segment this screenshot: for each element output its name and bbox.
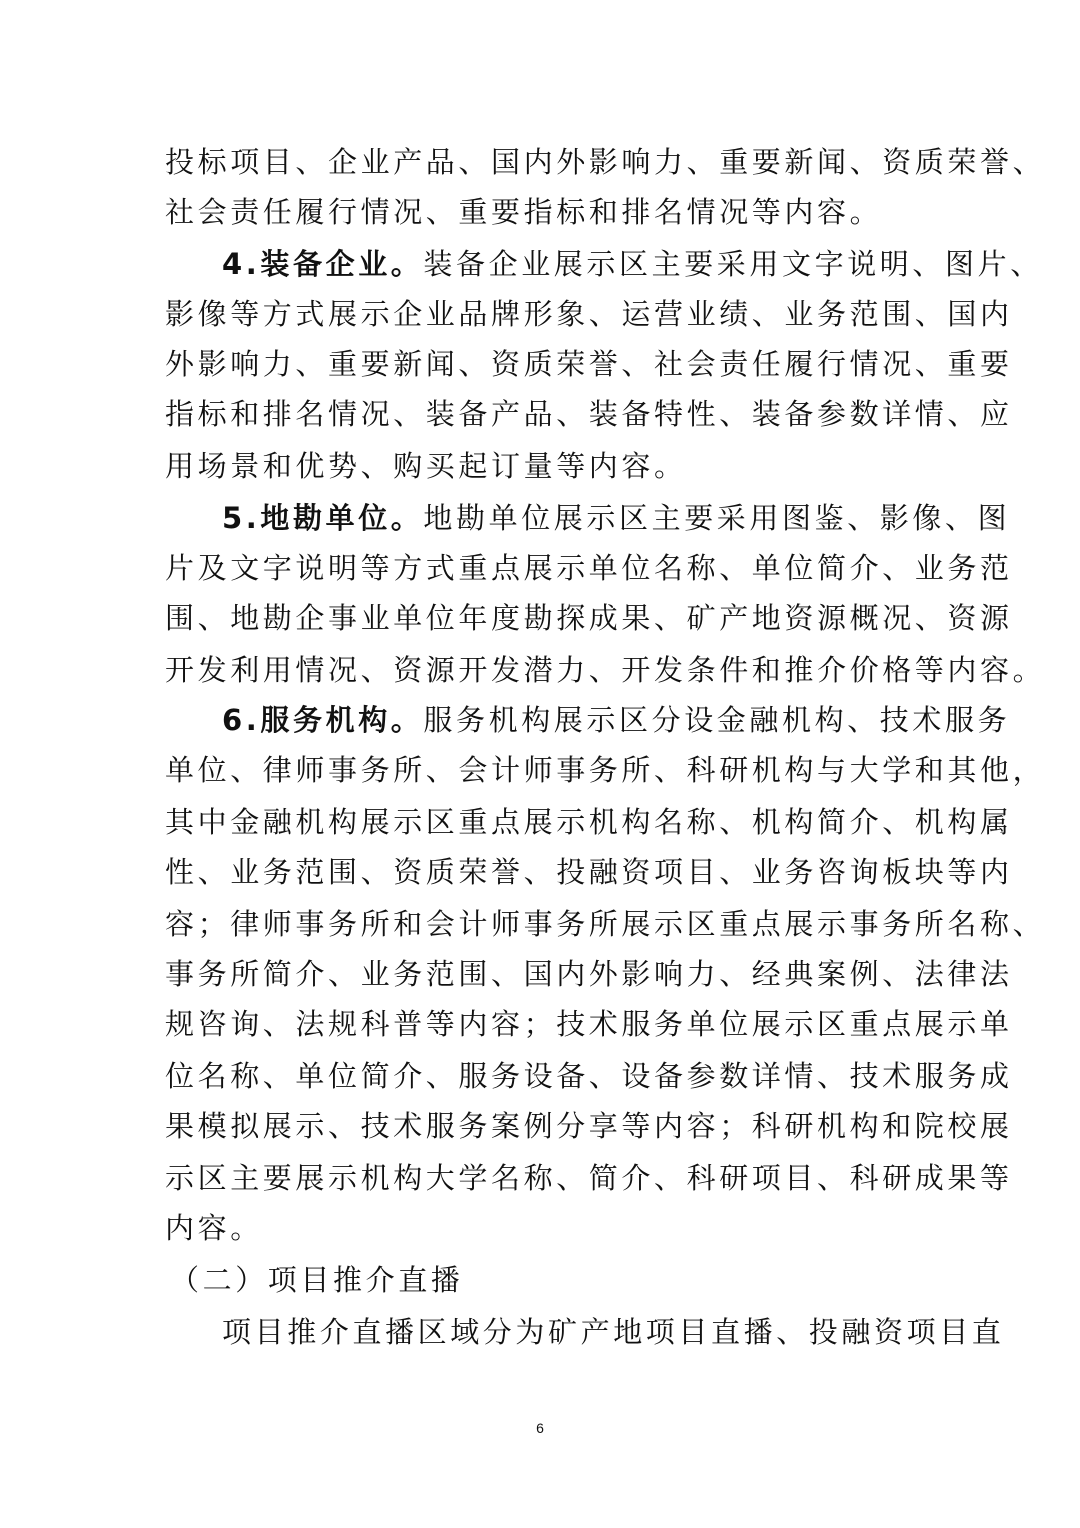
document-page: 投标项目、企业产品、国内外影响力、重要新闻、资质荣誉、 社会责任履行情况、重要指… [0,0,1080,1528]
line-text: 位名称、单位简介、服务设备、设备参数详情、技术服务成 [165,1059,1013,1093]
line-text: 规咨询、法规科普等内容；技术服务单位展示区重点展示单 [165,1007,1013,1041]
subsection-heading: （二）项目推介直播 [170,1260,930,1300]
paragraph-line: 投标项目、企业产品、国内外影响力、重要新闻、资质荣誉、 [165,142,925,182]
section-heading: 4.装备企业。 [222,247,423,281]
line-text: 项目推介直播区域分为矿产地项目直播、投融资项目直 [222,1315,1004,1349]
line-text: 其中金融机构展示区重点展示机构名称、机构简介、机构属 [165,805,1013,839]
line-text: 投标项目、企业产品、国内外影响力、重要新闻、资质荣誉、 [165,145,1045,179]
paragraph-line: 其中金融机构展示区重点展示机构名称、机构简介、机构属 [165,802,925,842]
section-heading: 6.服务机构。 [222,703,423,737]
heading-text: （二）项目推介直播 [170,1263,463,1297]
line-text: 单位、律师事务所、会计师事务所、科研机构与大学和其他， [165,753,1045,787]
line-text: 影像等方式展示企业品牌形象、运营业绩、业务范围、国内 [165,297,1013,331]
paragraph-line: 事务所简介、业务范围、国内外影响力、经典案例、法律法 [165,954,925,994]
line-text: 外影响力、重要新闻、资质荣誉、社会责任履行情况、重要 [165,347,1013,381]
paragraph-line: 围、地勘企事业单位年度勘探成果、矿产地资源概况、资源 [165,598,925,638]
paragraph-line: 位名称、单位简介、服务设备、设备参数详情、技术服务成 [165,1056,925,1096]
line-text: 用场景和优势、购买起订量等内容。 [165,449,687,483]
section-4-equipment-enterprises: 4.装备企业。装备企业展示区主要采用文字说明、图片、 [222,244,982,284]
section-5-geological-units: 5.地勘单位。地勘单位展示区主要采用图鉴、影像、图 [222,498,982,538]
paragraph-line: 规咨询、法规科普等内容；技术服务单位展示区重点展示单 [165,1004,925,1044]
line-text: 示区主要展示机构大学名称、简介、科研项目、科研成果等 [165,1161,1013,1195]
paragraph-line: 影像等方式展示企业品牌形象、运营业绩、业务范围、国内 [165,294,925,334]
line-text: 性、业务范围、资质荣誉、投融资项目、业务咨询板块等内 [165,855,1013,889]
paragraph-line: 指标和排名情况、装备产品、装备特性、装备参数详情、应 [165,394,925,434]
line-text: 果模拟展示、技术服务案例分享等内容；科研机构和院校展 [165,1109,1013,1143]
line-text: 装备企业展示区主要采用文字说明、图片、 [423,247,1042,281]
line-text: 围、地勘企事业单位年度勘探成果、矿产地资源概况、资源 [165,601,1013,635]
paragraph-line: 单位、律师事务所、会计师事务所、科研机构与大学和其他， [165,750,925,790]
paragraph-line: 社会责任履行情况、重要指标和排名情况等内容。 [165,192,925,232]
section-heading: 5.地勘单位。 [222,501,423,535]
paragraph-line: 容；律师事务所和会计师事务所展示区重点展示事务所名称、 [165,904,925,944]
paragraph-line: 项目推介直播区域分为矿产地项目直播、投融资项目直 [222,1312,982,1352]
paragraph-line: 片及文字说明等方式重点展示单位名称、单位简介、业务范 [165,548,925,588]
paragraph-line: 示区主要展示机构大学名称、简介、科研项目、科研成果等 [165,1158,925,1198]
paragraph-line: 果模拟展示、技术服务案例分享等内容；科研机构和院校展 [165,1106,925,1146]
line-text: 指标和排名情况、装备产品、装备特性、装备参数详情、应 [165,397,1013,431]
line-text: 片及文字说明等方式重点展示单位名称、单位简介、业务范 [165,551,1013,585]
paragraph-line: 外影响力、重要新闻、资质荣誉、社会责任履行情况、重要 [165,344,925,384]
line-text: 开发利用情况、资源开发潜力、开发条件和推介价格等内容。 [165,653,1045,687]
page-number: 6 [0,1420,1080,1436]
line-text: 容；律师事务所和会计师事务所展示区重点展示事务所名称、 [165,907,1045,941]
line-text: 服务机构展示区分设金融机构、技术服务 [423,703,1010,737]
paragraph-line: 内容。 [165,1208,925,1248]
line-text: 事务所简介、业务范围、国内外影响力、经典案例、法律法 [165,957,1013,991]
line-text: 地勘单位展示区主要采用图鉴、影像、图 [423,501,1010,535]
paragraph-line: 开发利用情况、资源开发潜力、开发条件和推介价格等内容。 [165,650,925,690]
line-text: 内容。 [165,1211,263,1245]
line-text: 社会责任履行情况、重要指标和排名情况等内容。 [165,195,882,229]
section-6-service-institutions: 6.服务机构。服务机构展示区分设金融机构、技术服务 [222,700,982,740]
paragraph-line: 性、业务范围、资质荣誉、投融资项目、业务咨询板块等内 [165,852,925,892]
paragraph-line: 用场景和优势、购买起订量等内容。 [165,446,925,486]
